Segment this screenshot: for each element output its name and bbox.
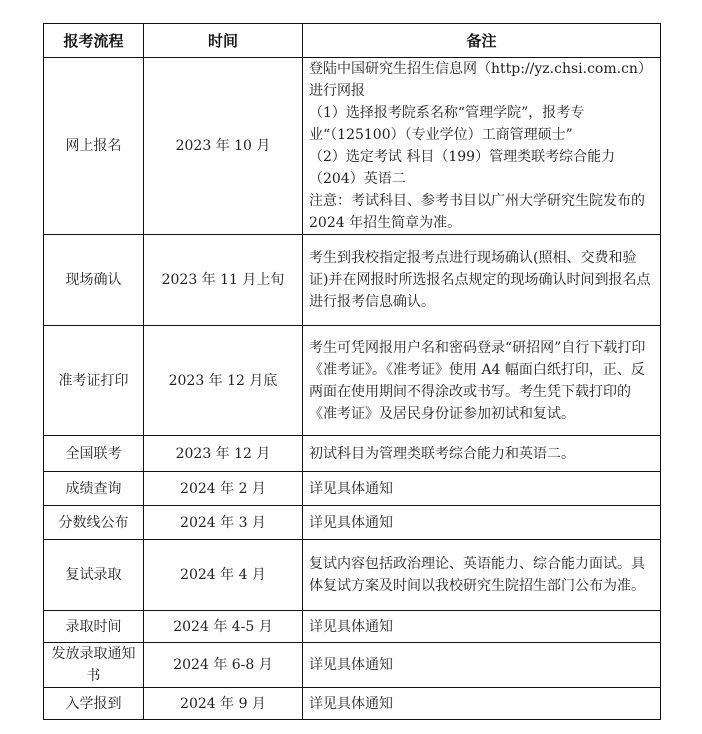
note-cell: 考生到我校指定报考点进行现场确认(照相、交费和验证)并在网报时所选报名点规定的现… xyxy=(303,235,661,326)
step-cell: 录取时间 xyxy=(44,611,144,643)
time-cell: 2024 年 4-5 月 xyxy=(144,611,303,643)
note-cell: 登陆中国研究生招生信息网（http://yz.chsi.com.cn）进行网报 … xyxy=(303,58,661,235)
step-cell: 网上报名 xyxy=(44,58,144,235)
header-step: 报考流程 xyxy=(44,24,144,58)
time-cell: 2024 年 6-8 月 xyxy=(144,643,303,688)
step-cell: 成绩查询 xyxy=(44,472,144,506)
table-header-row: 报考流程 时间 备注 xyxy=(44,24,661,58)
table-row: 分数线公布 2024 年 3 月 详见具体通知 xyxy=(44,506,661,540)
step-cell: 准考证打印 xyxy=(44,326,144,436)
note-line: 注意：考试科目、参考书目以广州大学研究生院发布的 2024 年招生简章为准。 xyxy=(309,190,654,234)
time-cell: 2024 年 4 月 xyxy=(144,540,303,611)
table-row: 网上报名 2023 年 10 月 登陆中国研究生招生信息网（http://yz.… xyxy=(44,58,661,235)
note-cell: 详见具体通知 xyxy=(303,472,661,506)
time-cell: 2023 年 10 月 xyxy=(144,58,303,235)
table-row: 入学报到 2024 年 9 月 详见具体通知 xyxy=(44,688,661,720)
note-cell: 详见具体通知 xyxy=(303,688,661,720)
time-cell: 2024 年 9 月 xyxy=(144,688,303,720)
time-cell: 2023 年 12 月 xyxy=(144,436,303,472)
step-cell: 分数线公布 xyxy=(44,506,144,540)
table-row: 成绩查询 2024 年 2 月 详见具体通知 xyxy=(44,472,661,506)
step-cell: 入学报到 xyxy=(44,688,144,720)
time-cell: 2023 年 11 月上旬 xyxy=(144,235,303,326)
note-cell: 初试科目为管理类联考综合能力和英语二。 xyxy=(303,436,661,472)
step-cell: 复试录取 xyxy=(44,540,144,611)
time-cell: 2023 年 12 月底 xyxy=(144,326,303,436)
header-note: 备注 xyxy=(303,24,661,58)
table-row: 准考证打印 2023 年 12 月底 考生可凭网报用户名和密码登录“研招网”自行… xyxy=(44,326,661,436)
time-cell: 2024 年 3 月 xyxy=(144,506,303,540)
note-line: （1）选择报考院系名称“管理学院”，报考专业“（125100）（专业学位）工商管… xyxy=(309,102,654,146)
note-cell: 详见具体通知 xyxy=(303,643,661,688)
step-cell: 全国联考 xyxy=(44,436,144,472)
header-time: 时间 xyxy=(144,24,303,58)
note-cell: 详见具体通知 xyxy=(303,611,661,643)
table-row: 复试录取 2024 年 4 月 复试内容包括政治理论、英语能力、综合能力面试。具… xyxy=(44,540,661,611)
admission-schedule-table: 报考流程 时间 备注 网上报名 2023 年 10 月 登陆中国研究生招生信息网… xyxy=(43,23,661,720)
step-cell: 现场确认 xyxy=(44,235,144,326)
note-cell: 考生可凭网报用户名和密码登录“研招网”自行下载打印《准考证》。《准考证》使用 A… xyxy=(303,326,661,436)
note-cell: 详见具体通知 xyxy=(303,506,661,540)
table-row: 录取时间 2024 年 4-5 月 详见具体通知 xyxy=(44,611,661,643)
table-row: 现场确认 2023 年 11 月上旬 考生到我校指定报考点进行现场确认(照相、交… xyxy=(44,235,661,326)
note-cell: 复试内容包括政治理论、英语能力、综合能力面试。具体复试方案及时间以我校研究生院招… xyxy=(303,540,661,611)
table-row: 发放录取通知书 2024 年 6-8 月 详见具体通知 xyxy=(44,643,661,688)
time-cell: 2024 年 2 月 xyxy=(144,472,303,506)
note-line: 登陆中国研究生招生信息网（http://yz.chsi.com.cn）进行网报 xyxy=(309,58,654,102)
step-cell: 发放录取通知书 xyxy=(44,643,144,688)
table-row: 全国联考 2023 年 12 月 初试科目为管理类联考综合能力和英语二。 xyxy=(44,436,661,472)
note-line: （2）选定考试 科目（199）管理类联考综合能力（204）英语二 xyxy=(309,146,654,190)
